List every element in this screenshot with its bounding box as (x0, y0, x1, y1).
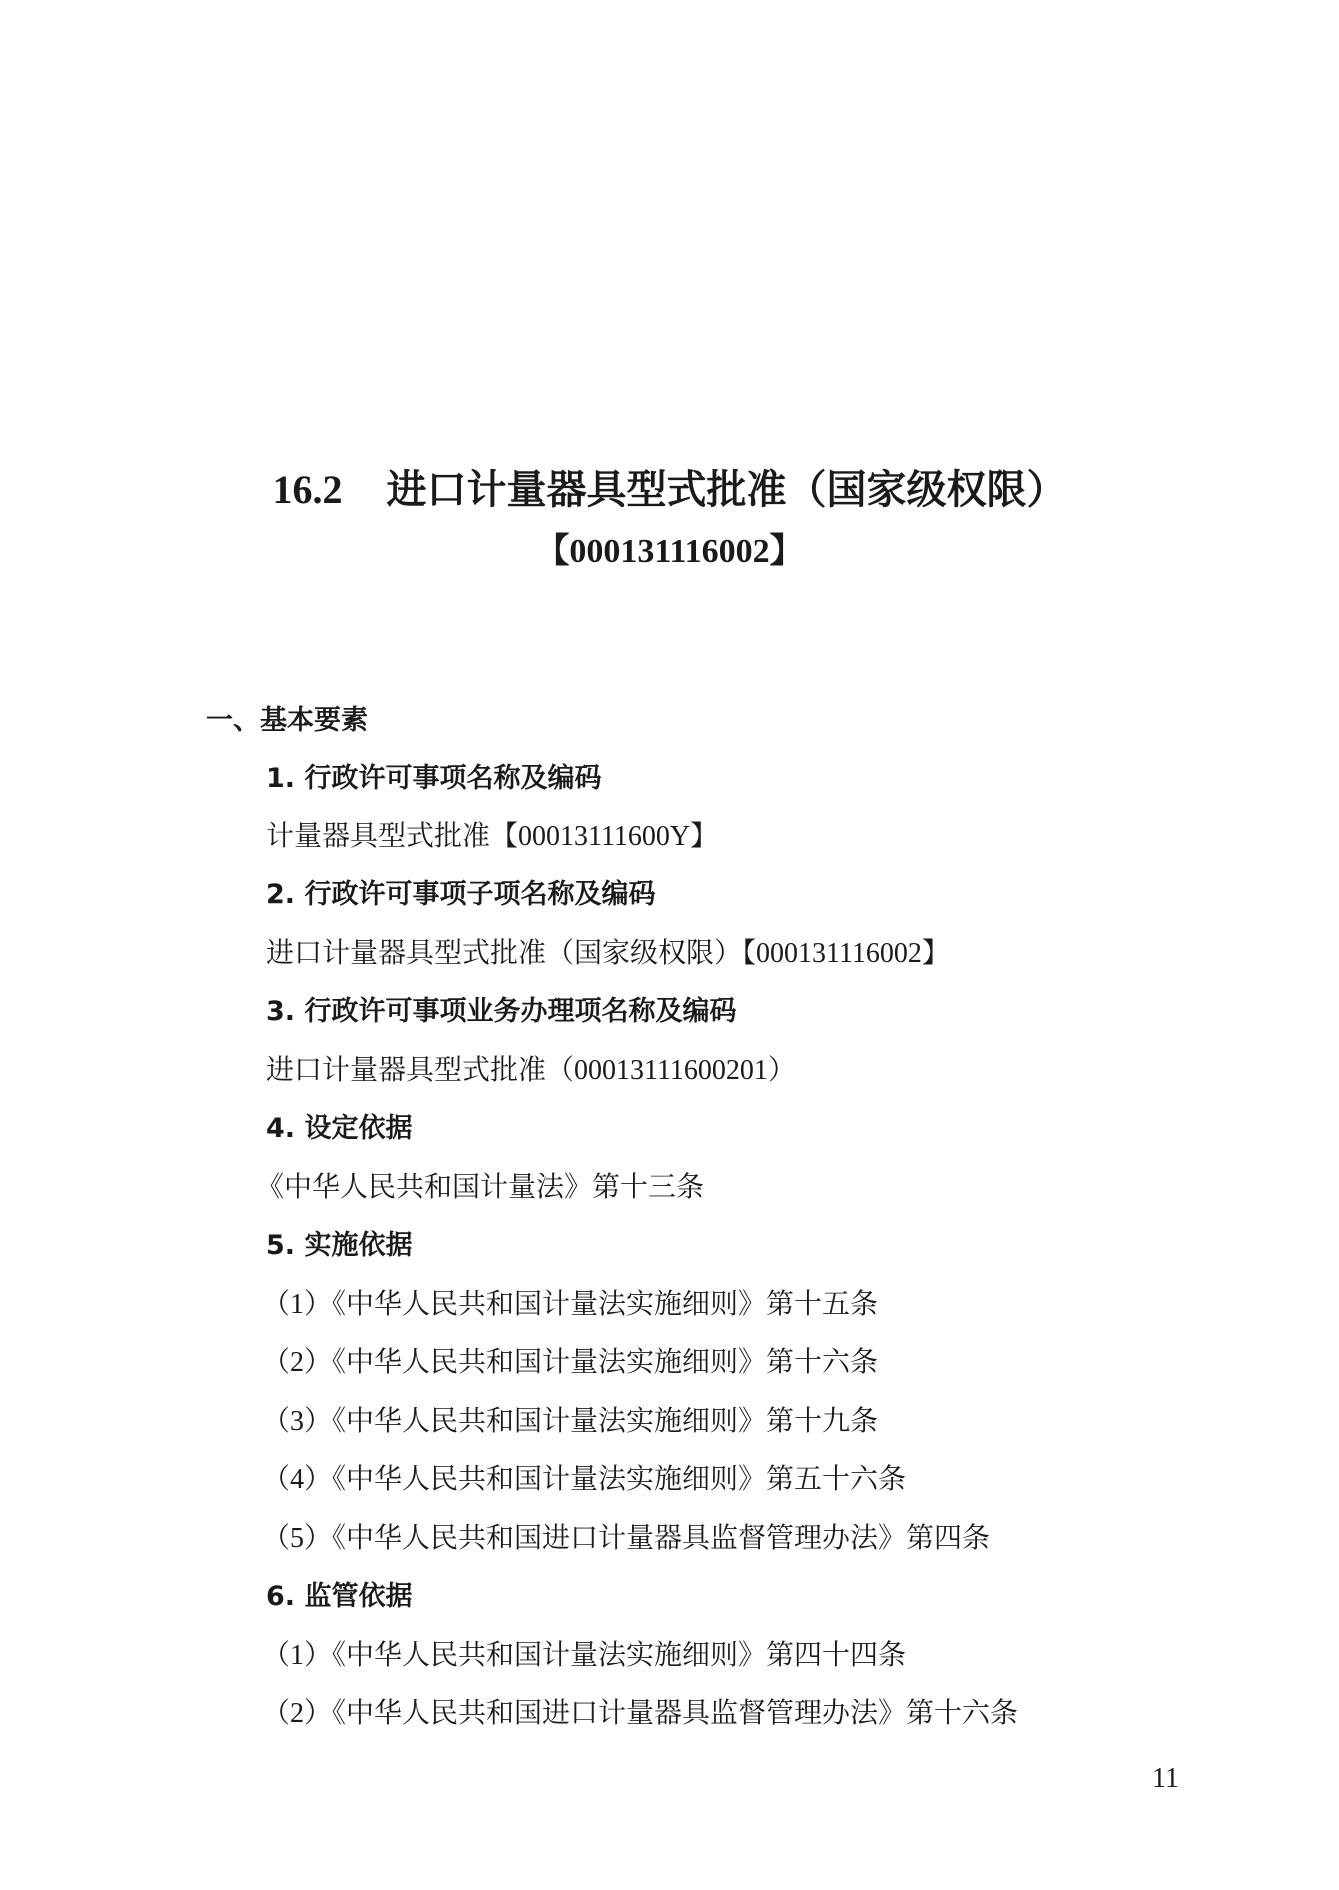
item-body-5-2: （2）《中华人民共和国计量法实施细则》第十六条 (262, 1346, 878, 1380)
item-code: 【000131116002】 (0, 530, 1339, 574)
item-body-3: 进口计量器具型式批准（00013111600201） (266, 1054, 796, 1088)
item-body-6-1: （1）《中华人民共和国计量法实施细则》第四十四条 (262, 1639, 906, 1673)
item-body-2: 进口计量器具型式批准（国家级权限）【000131116002】 (266, 937, 950, 971)
item-heading-2: 2. 行政许可事项子项名称及编码 (266, 878, 655, 912)
section-number: 16.2 (273, 467, 343, 512)
item-heading-5: 5. 实施依据 (266, 1229, 412, 1263)
item-heading-1: 1. 行政许可事项名称及编码 (266, 762, 601, 796)
item-body-5-5: （5）《中华人民共和国进口计量器具监督管理办法》第四条 (262, 1522, 990, 1556)
section-heading: 一、基本要素 (206, 704, 368, 738)
item-body-6-2: （2）《中华人民共和国进口计量器具监督管理办法》第十六条 (262, 1697, 1018, 1731)
item-body-5-1: （1）《中华人民共和国计量法实施细则》第十五条 (262, 1288, 878, 1322)
item-heading-3: 3. 行政许可事项业务办理项名称及编码 (266, 995, 736, 1029)
page-number: 11 (1152, 1764, 1179, 1794)
title-text: 进口计量器具型式批准（国家级权限） (387, 467, 1067, 512)
item-body-4: 《中华人民共和国计量法》第十三条 (256, 1171, 704, 1205)
item-body-5-4: （4）《中华人民共和国计量法实施细则》第五十六条 (262, 1463, 906, 1497)
item-body-1: 计量器具型式批准【00013111600Y】 (266, 820, 718, 854)
item-heading-4: 4. 设定依据 (266, 1112, 412, 1146)
item-heading-6: 6. 监管依据 (266, 1580, 412, 1614)
item-body-5-3: （3）《中华人民共和国计量法实施细则》第十九条 (262, 1405, 878, 1439)
page-title: 16.2进口计量器具型式批准（国家级权限） (0, 466, 1339, 514)
